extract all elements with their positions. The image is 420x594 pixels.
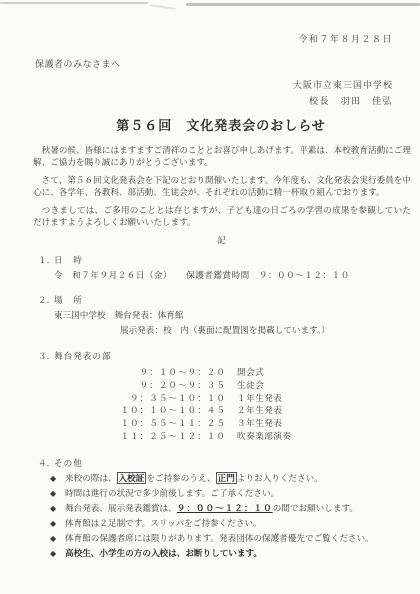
section-place: ２． 場 所 東三国中学校 舞台発表：体育館 展示発表：校 内（裏面に配置図を掲… xyxy=(33,294,411,336)
list-item: ◆ 体育館は２足制です。スリッパをご持参ください。 xyxy=(33,517,411,531)
section-stage-program: ３． 舞台発表の部 ９：１０～９：２０ 開会式 ９：２０～９：３５ 生徒会 ９：… xyxy=(33,350,411,443)
schedule-event: １年生発表 xyxy=(226,392,282,405)
schedule-time: １０：５５～１１：２５ xyxy=(33,417,226,430)
scan-artifact-line xyxy=(186,3,420,6)
section-label: 日 時 xyxy=(54,254,83,266)
bullet-seating: 体育館の保護者席には限りがあります。発表団体の保護者優先でご覧ください。 xyxy=(65,532,411,546)
main-gate-box: 正門 xyxy=(216,472,237,484)
bullet-text-segment: 来校の際は、 xyxy=(65,473,117,483)
schedule-time: ９：２０～９：３５ xyxy=(33,379,226,392)
bullet-text-segment: よりお入りください。 xyxy=(237,473,323,483)
issue-date: 令和７年８月２８日 xyxy=(298,32,393,45)
recipient-line: 保護者のみなさまへ xyxy=(35,57,121,70)
section-other-heading: ４． その他 xyxy=(33,457,411,469)
schedule-event: 吹奏楽部演奏 xyxy=(226,430,292,443)
school-name: 大阪市立東三国中学校 xyxy=(293,78,393,91)
list-item: ◆ 来校の際は、入校証をご持参のうえ、正門よりお入りください。 xyxy=(33,472,411,486)
bullet-no-students: 高校生、小学生の方の入校は、お断りしています。 xyxy=(65,547,411,561)
bullet-text-segment: の間でお願いします。 xyxy=(273,503,358,513)
schedule-event: 開会式 xyxy=(226,366,264,379)
scanned-notice-page: 令和７年８月２８日 保護者のみなさまへ 大阪市立東三国中学校 校長 羽田 佳弘 … xyxy=(0,0,420,594)
section-number: １． xyxy=(38,254,54,266)
schedule-time: １０：１０～１０：４５ xyxy=(33,404,226,417)
bullet-slippers: 体育館は２足制です。スリッパをご持参ください。 xyxy=(65,517,411,531)
schedule-row: １０：１０～１０：４５ ２年生発表 xyxy=(33,404,411,417)
section-label: その他 xyxy=(54,457,83,469)
scan-artifact-line xyxy=(150,4,176,9)
schedule-event: ２年生発表 xyxy=(226,404,282,417)
schedule-event: ３年生発表 xyxy=(226,417,282,430)
entry-pass-box: 入校証 xyxy=(117,472,147,484)
section-stage-program-heading: ３． 舞台発表の部 xyxy=(33,350,411,362)
notice-body: 秋暑の候、皆様にはますますご清祥のこととお喜び申しあげます。平素は、本校教育活動… xyxy=(33,144,411,571)
list-item: ◆ 体育館の保護者席には限りがあります。発表団体の保護者優先でご覧ください。 xyxy=(33,532,411,546)
bullet-text-segment: 舞台発表、展示発表鑑賞は、 xyxy=(65,503,177,513)
stage-schedule: ９：１０～９：２０ 開会式 ９：２０～９：３５ 生徒会 ９：３５～１０：１０ １… xyxy=(33,366,411,443)
schedule-row: １１：２５～１２：１０ 吹奏楽部演奏 xyxy=(33,430,411,443)
bullet-text-segment: をご持参のうえ、 xyxy=(146,473,215,483)
section-datetime-heading: １． 日 時 xyxy=(33,254,411,266)
section-other: ４． その他 ◆ 来校の際は、入校証をご持参のうえ、正門よりお入りください。 ◆… xyxy=(33,457,411,561)
diamond-bullet-icon: ◆ xyxy=(50,502,65,516)
section-number: ４． xyxy=(38,457,54,469)
principal-name: 校長 羽田 佳弘 xyxy=(309,94,393,107)
section-number: ２． xyxy=(38,294,54,306)
scan-artifact-line xyxy=(0,2,148,4)
section-label: 場 所 xyxy=(54,294,83,306)
diamond-bullet-icon: ◆ xyxy=(50,517,65,531)
section-place-heading: ２． 場 所 xyxy=(33,294,411,306)
viewing-hours-emphasis: ９：００～１２：１０ xyxy=(177,503,273,513)
bullet-timing: 時間は進行の状況で多少前後します。ご了承ください。 xyxy=(65,487,411,501)
place-stage-line: 東三国中学校 舞台発表：体育館 xyxy=(54,309,411,321)
section-label: 舞台発表の部 xyxy=(54,350,112,362)
place-stage-venue: 舞台発表：体育館 xyxy=(115,309,184,321)
place-details: 東三国中学校 舞台発表：体育館 展示発表：校 内（裏面に配置図を掲載しています。… xyxy=(54,309,411,336)
schedule-time: ９：３５～１０：１０ xyxy=(33,392,226,405)
record-marker: 記 xyxy=(33,234,411,246)
list-item: ◆ 高校生、小学生の方の入校は、お断りしています。 xyxy=(33,547,411,561)
greeting-paragraph: 秋暑の候、皆様にはますますご清祥のこととお喜び申しあげます。平素は、本校教育活動… xyxy=(33,144,411,168)
schedule-row: ９：１０～９：２０ 開会式 xyxy=(33,366,411,379)
place-school-name: 東三国中学校 xyxy=(54,309,106,321)
diamond-bullet-icon: ◆ xyxy=(50,547,65,561)
diamond-bullet-icon: ◆ xyxy=(50,472,65,486)
bullet-entry-pass: 来校の際は、入校証をご持参のうえ、正門よりお入りください。 xyxy=(65,472,411,486)
list-item: ◆ 舞台発表、展示発表鑑賞は、９：００～１２：１０の間でお願いします。 xyxy=(33,502,411,516)
section-datetime: １． 日 時 令 和７年９月２６日（金） 保護者鑑賞時間 ９：００～１２：１０ xyxy=(33,254,411,281)
page-title: 第５６回 文化発表会のおしらせ xyxy=(33,115,409,134)
event-intro-paragraph: さて、第５６回文化発表会を下記のとおり開催いたします。今年度も、文化発表会実行委… xyxy=(33,174,411,198)
list-item: ◆ 時間は進行の状況で多少前後します。ご了承ください。 xyxy=(33,487,411,501)
diamond-bullet-icon: ◆ xyxy=(50,532,65,546)
schedule-row: １０：５５～１１：２５ ３年生発表 xyxy=(33,417,411,430)
other-bullet-list: ◆ 来校の際は、入校証をご持参のうえ、正門よりお入りください。 ◆ 時間は進行の… xyxy=(33,472,411,561)
schedule-time: ９：１０～９：２０ xyxy=(33,366,226,379)
section-number: ３． xyxy=(38,350,54,362)
schedule-row: ９：２０～９：３５ 生徒会 xyxy=(33,379,411,392)
schedule-event: 生徒会 xyxy=(226,379,264,392)
bullet-viewing-hours: 舞台発表、展示発表鑑賞は、９：００～１２：１０の間でお願いします。 xyxy=(65,502,411,516)
diamond-bullet-icon: ◆ xyxy=(50,487,65,501)
invitation-paragraph: つきましては、ご多用のこととは存じますが、子ども達の日ごろの学習の成果を参観して… xyxy=(33,204,411,228)
schedule-time: １１：２５～１２：１０ xyxy=(33,430,226,443)
place-exhibit-line: 展示発表：校 内（裏面に配置図を掲載しています。） xyxy=(120,324,411,336)
schedule-row: ９：３５～１０：１０ １年生発表 xyxy=(33,392,411,405)
datetime-value: 令 和７年９月２６日（金） 保護者鑑賞時間 ９：００～１２：１０ xyxy=(54,269,411,281)
